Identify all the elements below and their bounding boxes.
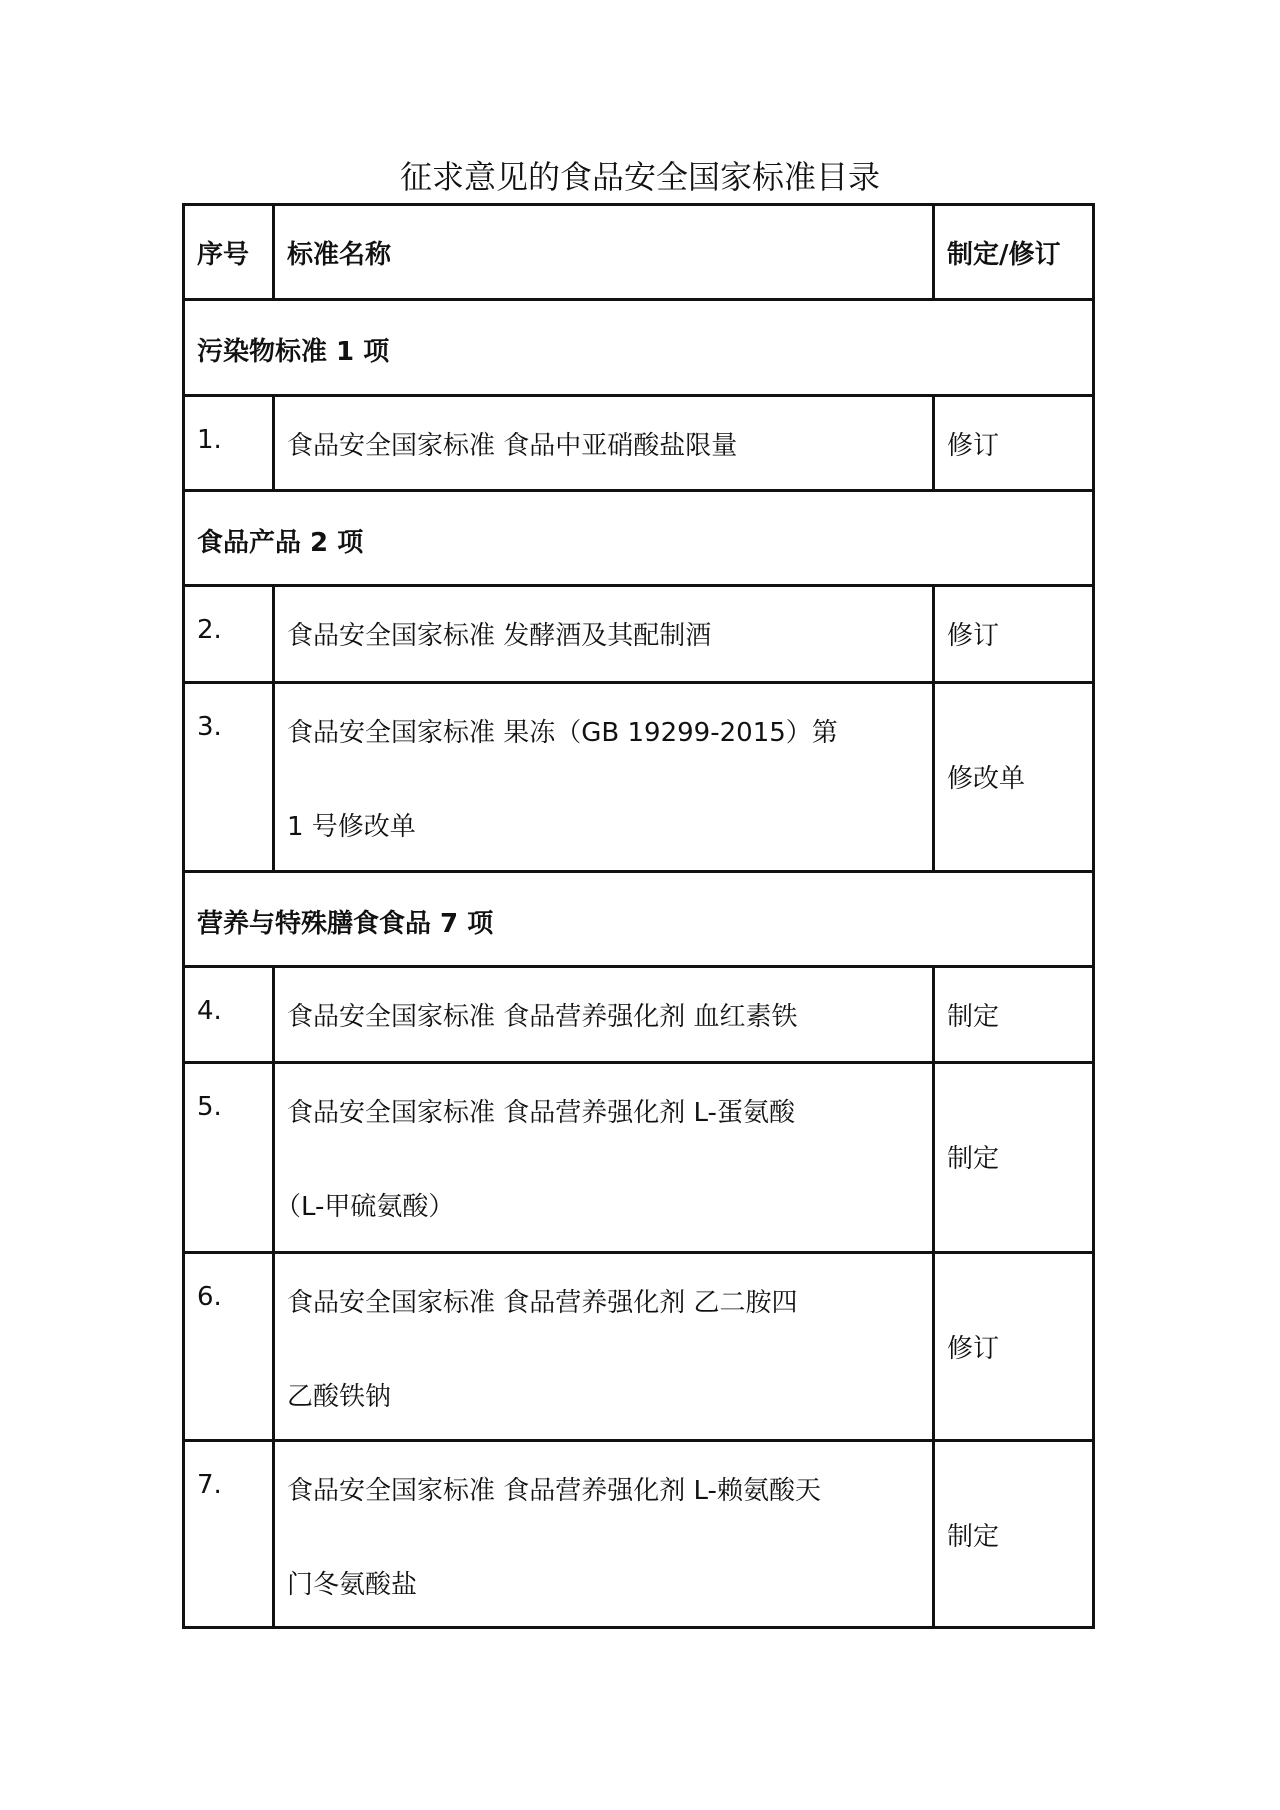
table-row: 2. 食品安全国家标准 发酵酒及其配制酒 修订 bbox=[185, 587, 1092, 684]
row-type: 修改单 bbox=[947, 758, 1025, 795]
table-row: 4. 食品安全国家标准 食品营养强化剂 血红素铁 制定 bbox=[185, 968, 1092, 1064]
row-type: 制定 bbox=[947, 1138, 999, 1175]
header-name: 标准名称 bbox=[287, 234, 391, 271]
category-row: 污染物标准 1 项 bbox=[185, 301, 1092, 397]
header-num-cell: 序号 bbox=[185, 206, 275, 298]
header-name-cell: 标准名称 bbox=[275, 206, 935, 298]
row-name: 食品安全国家标准 发酵酒及其配制酒 bbox=[287, 615, 711, 652]
row-name-line2: 1 号修改单 bbox=[287, 806, 416, 843]
table-row: 6. 食品安全国家标准 食品营养强化剂 乙二胺四 乙酸铁钠 修订 bbox=[185, 1254, 1092, 1442]
table-row: 3. 食品安全国家标准 果冻（GB 19299-2015）第 1 号修改单 修改… bbox=[185, 684, 1092, 873]
row-name-line1: 食品安全国家标准 食品营养强化剂 乙二胺四 bbox=[287, 1282, 798, 1319]
table-row: 7. 食品安全国家标准 食品营养强化剂 L-赖氨酸天 门冬氨酸盐 制定 bbox=[185, 1442, 1092, 1626]
row-num: 5. bbox=[197, 1092, 222, 1122]
row-name-line1: 食品安全国家标准 食品营养强化剂 L-蛋氨酸 bbox=[287, 1092, 795, 1129]
row-name-line1: 食品安全国家标准 果冻（GB 19299-2015）第 bbox=[287, 712, 838, 749]
row-type: 修订 bbox=[947, 425, 999, 462]
row-num: 3. bbox=[197, 712, 222, 742]
document-title: 征求意见的食品安全国家标准目录 bbox=[0, 156, 1280, 198]
table-row: 5. 食品安全国家标准 食品营养强化剂 L-蛋氨酸 （L-甲硫氨酸） 制定 bbox=[185, 1064, 1092, 1254]
row-name-line1: 食品安全国家标准 食品营养强化剂 L-赖氨酸天 bbox=[287, 1470, 821, 1507]
standards-table: 序号 标准名称 制定/修订 污染物标准 1 项 1. 食品安全国家标准 食品中亚… bbox=[182, 203, 1095, 1629]
category-label: 污染物标准 1 项 bbox=[197, 331, 389, 368]
row-num: 7. bbox=[197, 1470, 222, 1500]
row-name: 食品安全国家标准 食品中亚硝酸盐限量 bbox=[287, 425, 737, 462]
row-name-line2: （L-甲硫氨酸） bbox=[275, 1186, 454, 1223]
header-type: 制定/修订 bbox=[947, 234, 1061, 271]
category-label: 食品产品 2 项 bbox=[197, 522, 363, 559]
row-type: 制定 bbox=[947, 1516, 999, 1553]
table-header-row: 序号 标准名称 制定/修订 bbox=[185, 206, 1092, 301]
row-type: 修订 bbox=[947, 1328, 999, 1365]
row-type: 修订 bbox=[947, 615, 999, 652]
category-row: 食品产品 2 项 bbox=[185, 492, 1092, 587]
row-name-line2: 门冬氨酸盐 bbox=[287, 1564, 417, 1601]
table-row: 1. 食品安全国家标准 食品中亚硝酸盐限量 修订 bbox=[185, 397, 1092, 492]
row-num: 1. bbox=[197, 425, 222, 455]
row-name-line2: 乙酸铁钠 bbox=[287, 1376, 391, 1413]
row-num: 6. bbox=[197, 1282, 222, 1312]
header-num: 序号 bbox=[197, 234, 249, 271]
row-name: 食品安全国家标准 食品营养强化剂 血红素铁 bbox=[287, 996, 798, 1033]
category-label: 营养与特殊膳食食品 7 项 bbox=[197, 903, 493, 940]
row-num: 4. bbox=[197, 996, 222, 1026]
row-num: 2. bbox=[197, 615, 222, 645]
row-type: 制定 bbox=[947, 996, 999, 1033]
header-type-cell: 制定/修订 bbox=[935, 206, 1092, 298]
category-row: 营养与特殊膳食食品 7 项 bbox=[185, 873, 1092, 968]
